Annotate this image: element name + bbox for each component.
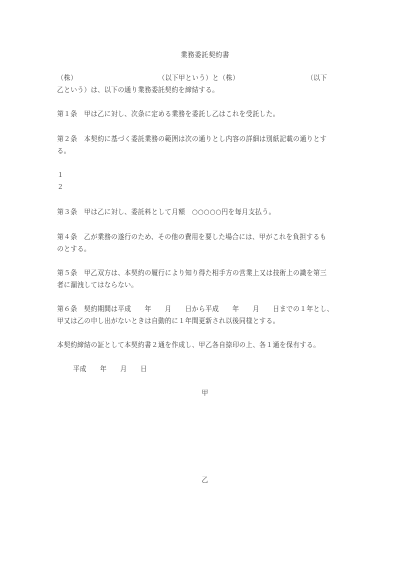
- article-6-line-1: 第６条 契約期間は平成 年 月 日から平成 年 月 日までの１年とし、: [57, 305, 334, 313]
- article-5-line-1: 第５条 甲乙双方は、本契約の履行により知り得た相手方の営業上又は技術上の識を第三: [57, 269, 327, 277]
- preamble-line-2: 乙という）は、以下の通り業務委託契約を締結する。: [57, 86, 219, 94]
- signing-date: 平成 年 月 日: [73, 365, 147, 373]
- document-page: 業務委託契約書 （株） （以下甲という）と（株） （以下 乙という）は、以下の通…: [0, 0, 410, 580]
- closing-statement: 本契約締結の証として本契約書２通を作成し、甲乙各自捺印の上、各１通を保有する。: [57, 341, 320, 349]
- article-2-line-1: 第２条 本契約に基づく委託業務の範囲は次の通りとし内容の詳細は別紙記載の通りとす: [57, 135, 327, 143]
- party-b-label: 乙: [0, 476, 410, 484]
- scope-item-1: １: [57, 171, 64, 179]
- article-4-line-2: のとする。: [57, 245, 91, 253]
- scope-item-2: ２: [57, 183, 64, 191]
- preamble-line-1: （株） （以下甲という）と（株） （以下: [57, 74, 327, 82]
- article-3: 第３条 甲は乙に対し、委託料として月額 ○○○○○円を毎月支払う。: [57, 208, 275, 216]
- article-6-line-2: 甲又は乙の申し出がないときは自動的に１年間更新され以後同様とする。: [57, 317, 280, 325]
- party-a-label: 甲: [0, 389, 410, 397]
- article-5-line-2: 者に漏洩してはならない。: [57, 281, 138, 289]
- article-4-line-1: 第４条 乙が業務の遂行のため、その他の費用を要した場合には、甲がこれを負担するも: [57, 233, 326, 241]
- article-2-line-2: る。: [57, 147, 71, 155]
- article-1: 第１条 甲は乙に対し、次条に定める業務を委託し乙はこれを受託した。: [57, 110, 280, 118]
- document-title: 業務委託契約書: [0, 51, 410, 59]
